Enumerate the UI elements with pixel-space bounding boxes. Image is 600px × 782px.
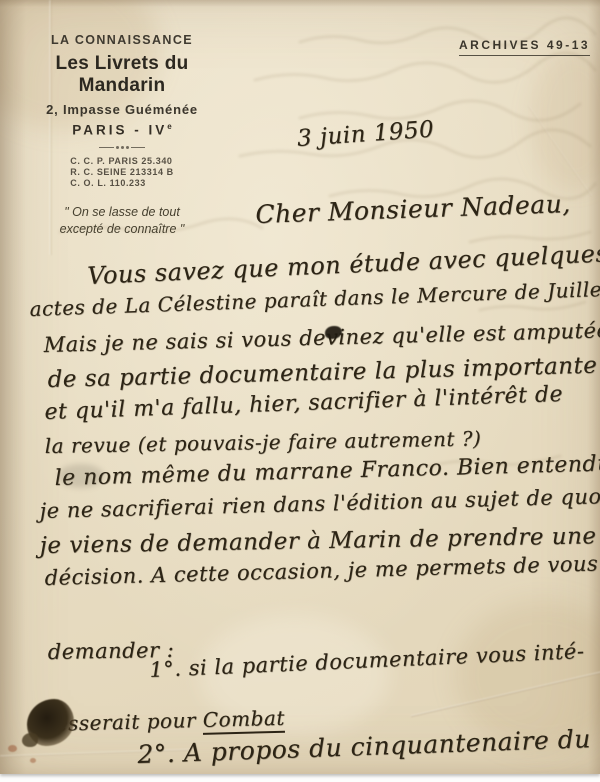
letterhead-organization: LA CONNAISSANCE xyxy=(26,33,218,47)
paper-fold-shadow xyxy=(0,0,26,774)
letterhead-motto-line2: excepté de connaître " xyxy=(26,221,218,238)
handwriting-line: le nom même du marrane Franco. Bien ente… xyxy=(54,451,600,491)
crease-line xyxy=(528,105,593,196)
combat-underlined: Combat xyxy=(203,706,286,735)
rust-speck xyxy=(30,758,36,763)
letterhead-motto: " On se lasse de tout excepté de connaît… xyxy=(26,204,218,238)
rust-speck xyxy=(8,745,17,752)
letterhead: LA CONNAISSANCE Les Livrets du Mandarin … xyxy=(26,33,218,238)
letterhead-divider-ornament xyxy=(99,146,145,149)
letterhead-registration-line: C. C. P. PARIS 25.340 xyxy=(70,156,174,167)
pencil-smudge xyxy=(58,464,104,488)
letterhead-registration-line: R. C. SEINE 213314 B xyxy=(70,167,174,178)
letterhead-registration-line: C. O. L. 110.233 xyxy=(70,178,174,189)
archive-stamp: ARCHIVES 49-13 xyxy=(459,38,590,56)
paper-edge-shadow xyxy=(588,0,600,774)
letterhead-registrations: C. C. P. PARIS 25.340 R. C. SEINE 213314… xyxy=(70,156,174,189)
handwriting-line: Mais je ne sais si vous devinez qu'elle … xyxy=(43,318,600,357)
letterhead-city: PARIS - IVe xyxy=(26,122,218,138)
handwriting-line: je ne sacrifierai rien dans l'édition au… xyxy=(39,484,600,523)
handwriting-line: la revue (et pouvais-je faire autrement … xyxy=(45,426,482,458)
letter-salutation: Cher Monsieur Nadeau, xyxy=(255,189,571,229)
paper-edge-shadow xyxy=(0,0,600,7)
crease-line xyxy=(411,665,600,718)
letterhead-address: 2, Impasse Guéménée xyxy=(26,102,218,117)
handwriting-line: resserait pour Combat xyxy=(45,706,285,736)
letterhead-series-title: Les Livrets du Mandarin xyxy=(26,53,218,97)
handwriting-line: 1°. si la partie documentaire vous inté- xyxy=(149,639,585,682)
letterhead-motto-line1: " On se lasse de tout xyxy=(26,204,218,221)
letter-date: 3 juin 1950 xyxy=(296,116,435,152)
letterhead-city-superscript: e xyxy=(167,122,171,131)
scanned-letter-page: LA CONNAISSANCE Les Livrets du Mandarin … xyxy=(0,0,600,782)
paper: LA CONNAISSANCE Les Livrets du Mandarin … xyxy=(0,0,600,774)
letterhead-city-text: PARIS - IV xyxy=(72,123,167,138)
ink-blot-small xyxy=(22,733,38,747)
